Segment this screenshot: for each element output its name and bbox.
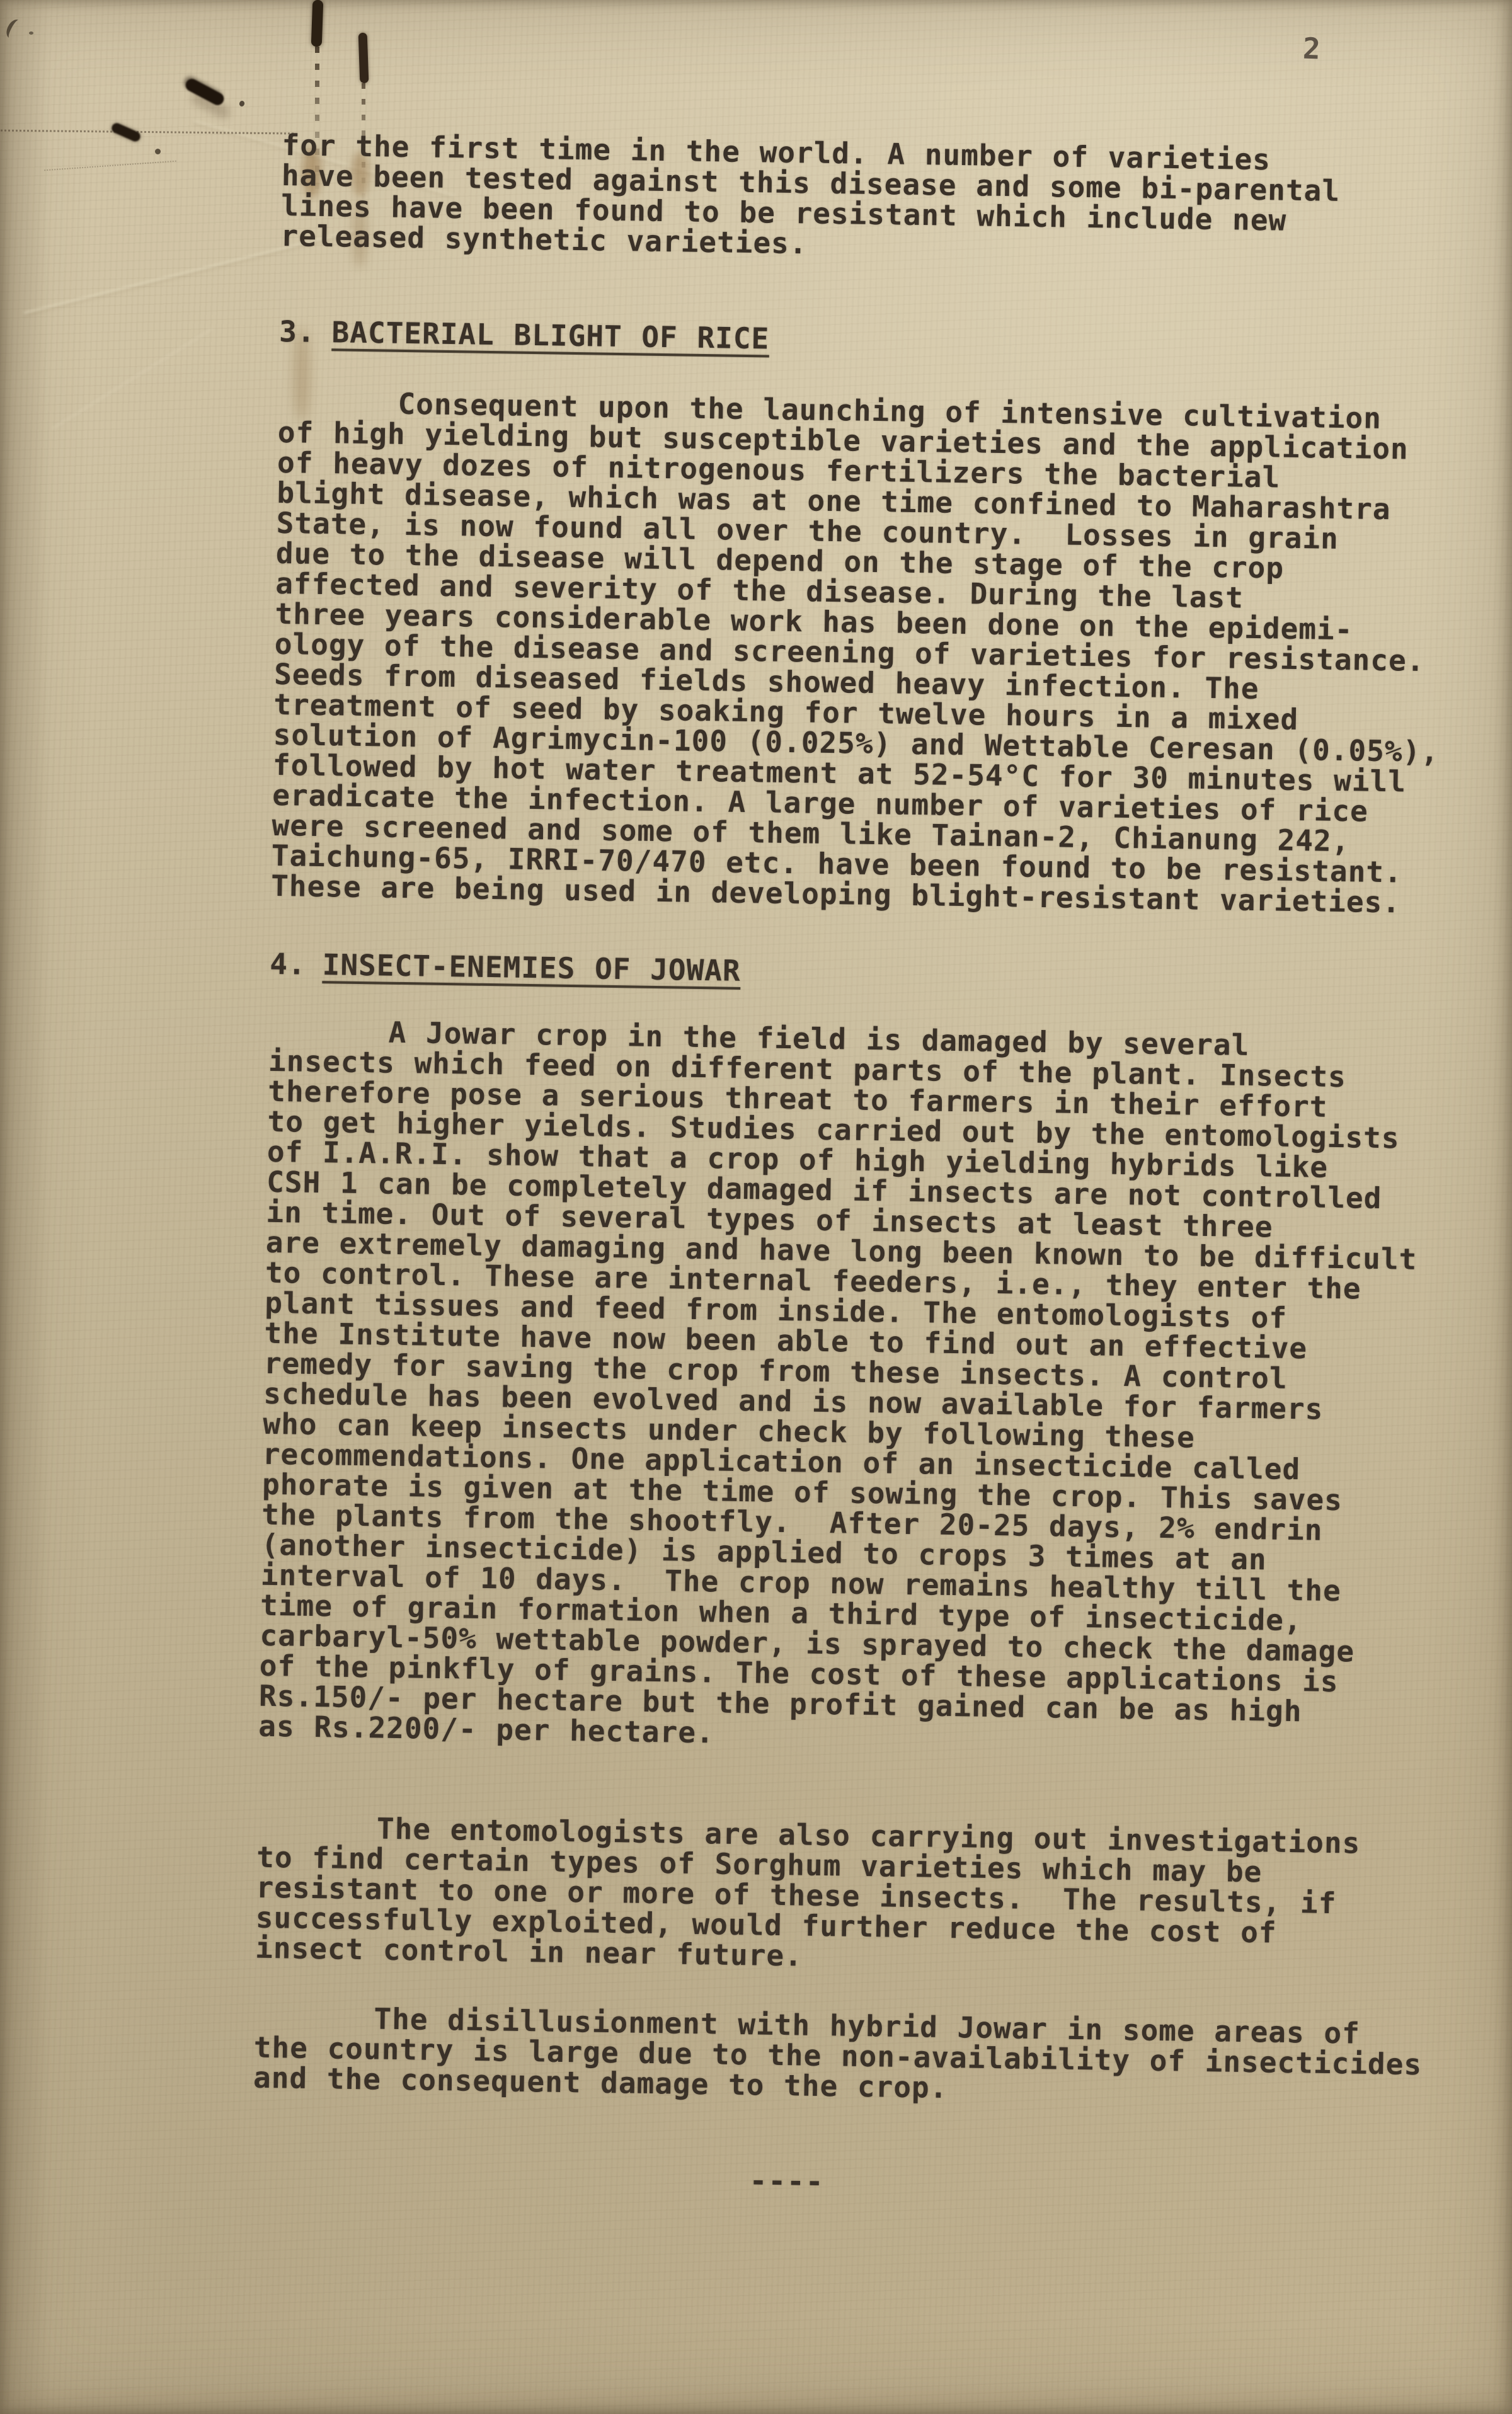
section-4-paragraph-1: A Jowar crop in the field is damaged by … — [258, 1015, 1512, 1759]
paper-crease — [52, 328, 212, 430]
ink-blot — [183, 77, 226, 108]
ink-streak — [311, 0, 324, 47]
section-3-number: 3. — [279, 316, 316, 347]
ink-streak — [358, 33, 369, 83]
page-number: 2 — [1302, 31, 1321, 66]
section-3-heading: 3.BACTERIAL BLIGHT OF RICE — [279, 316, 1512, 365]
intro-paragraph: for the first time in the world. A numbe… — [280, 130, 1512, 269]
section-4-paragraph-3: The disillusionment with hybrid Jowar in… — [253, 2002, 1502, 2111]
ink-speck — [155, 149, 161, 154]
ink-speck — [29, 31, 33, 35]
section-3-paragraph: Consequent upon the launching of intensi… — [271, 387, 1512, 919]
typewritten-text: for the first time in the world. A numbe… — [252, 130, 1512, 2207]
ink-speck — [239, 100, 246, 107]
end-mark: ---- — [749, 2165, 1499, 2207]
page-edge-shadow — [0, 0, 50, 2414]
document-page: 2 for the first time in the world. A num… — [0, 0, 1512, 2414]
section-4-title: INSECT-ENEMIES OF JOWAR — [322, 947, 741, 988]
section-3-title: BACTERIAL BLIGHT OF RICE — [331, 315, 769, 355]
ink-blot — [110, 122, 142, 143]
section-4-heading: 4.INSECT-ENEMIES OF JOWAR — [270, 949, 1512, 997]
section-4-number: 4. — [270, 949, 306, 980]
section-4-paragraph-2: The entomologists are also carrying out … — [255, 1812, 1504, 1981]
scratch-line — [44, 161, 176, 171]
